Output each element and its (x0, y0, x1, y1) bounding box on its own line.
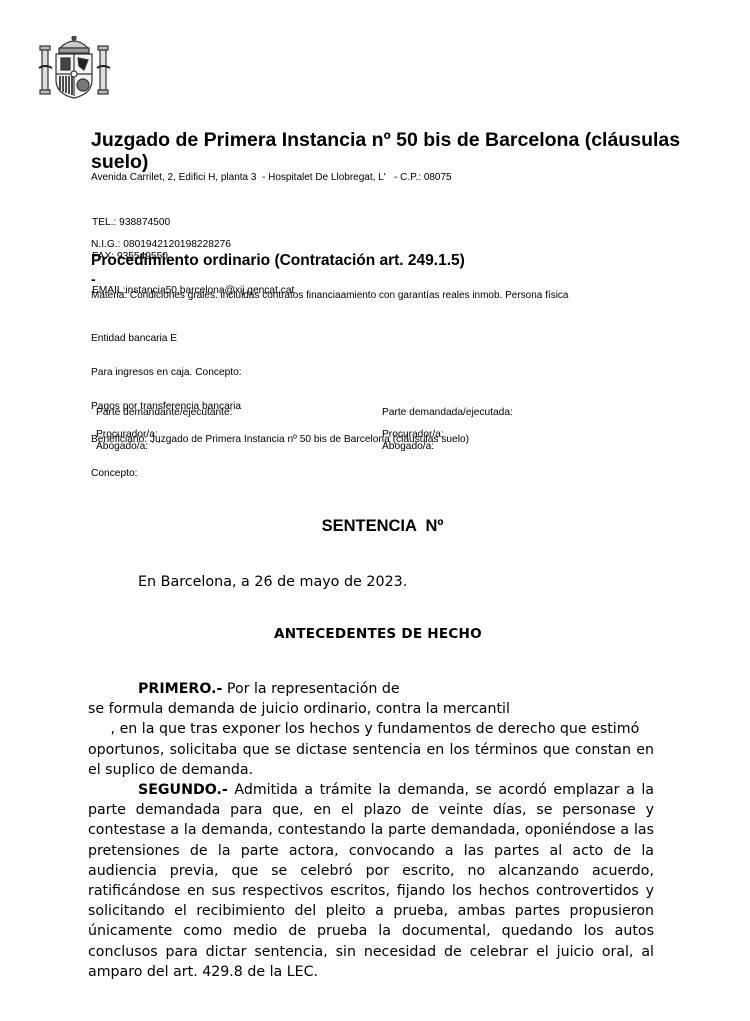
cash-deposit-concept: Para ingresos en caja. Concepto: (91, 367, 469, 378)
segundo-line: solicitando el recibimiento del pleito a… (88, 901, 654, 921)
bank-entity: Entidad bancaria E (91, 333, 469, 344)
plaintiff-abogado: Abogado/a: ` ` (96, 441, 233, 453)
plaintiff-heading: Parte demandante/ejecutante: (96, 407, 233, 418)
segundo-line: Admitida a trámite la demanda, se acordó… (234, 782, 654, 798)
plaintiff-block: Parte demandante/ejecutante: Procurador/… (96, 407, 233, 452)
segundo-line: pretensiones de la parte actora, convoca… (88, 841, 654, 861)
segundo-label: SEGUNDO.- (138, 782, 228, 798)
sentence-heading: SENTENCIA Nº (0, 517, 750, 536)
paragraph-primero: PRIMERO.- Por la representación de se fo… (88, 679, 654, 780)
segundo-line: amparo del art. 429.8 de la LEC. (88, 962, 654, 982)
concept: Concepto: (91, 468, 469, 479)
procedure-title: Procedimiento ordinario (Contratación ar… (91, 252, 465, 270)
court-name: Juzgado de Primera Instancia nº 50 bis d… (91, 129, 691, 173)
date-line: En Barcelona, a 26 de mayo de 2023. (138, 574, 407, 590)
primero-line: se formula demanda de juicio ordinario, … (88, 699, 654, 719)
subject-matter: Materia: Condiciones grales. incluidas c… (91, 290, 568, 301)
defendant-block: Parte demandada/ejecutada: Procurador/a:… (382, 407, 513, 452)
segundo-line: ratificándose en sus respectivos escrito… (88, 881, 654, 901)
primero-label: PRIMERO.- (138, 681, 222, 697)
defendant-procurador: Procurador/a: (382, 429, 513, 441)
primero-line: el suplico de demanda. (88, 760, 654, 780)
defendant-abogado: Abogado/a: (382, 441, 513, 453)
segundo-line: únicamente como medio de prueba la docum… (88, 921, 654, 941)
nig-number: N.I.G.: 0801942120198228276 (91, 239, 231, 250)
sentence-label: SENTENCIA Nº (322, 517, 444, 535)
phone-number: TEL.: 938874500 (92, 217, 294, 228)
segundo-line: contestase a la demanda, contestando la … (88, 820, 654, 840)
primero-line: oportunos, solicitaba que se dictase sen… (88, 740, 654, 760)
segundo-line: conclusos para dictar sentencia, sin nec… (88, 942, 654, 962)
primero-line: , en la que tras exponer los hechos y fu… (88, 719, 654, 739)
spain-coat-of-arms-icon (38, 36, 112, 100)
primero-line: Por la representación de (227, 681, 400, 697)
coat-of-arms-logo (38, 36, 112, 100)
defendant-heading: Parte demandada/ejecutada: (382, 407, 513, 418)
court-address: Avenida Carrilet, 2, Edifici H, planta 3… (91, 172, 452, 183)
plaintiff-procurador: Procurador/a: (96, 429, 233, 441)
segundo-line: audiencia previa, que se celebró por esc… (88, 861, 654, 881)
section-title: ANTECEDENTES DE HECHO (274, 626, 482, 642)
segundo-line: parte demandada para que, en el plazo de… (88, 800, 654, 820)
procedure-suffix: - (91, 271, 96, 287)
paragraph-segundo: SEGUNDO.- Admitida a trámite la demanda,… (88, 780, 654, 982)
bank-info-block: Entidad bancaria E Para ingresos en caja… (91, 311, 469, 490)
